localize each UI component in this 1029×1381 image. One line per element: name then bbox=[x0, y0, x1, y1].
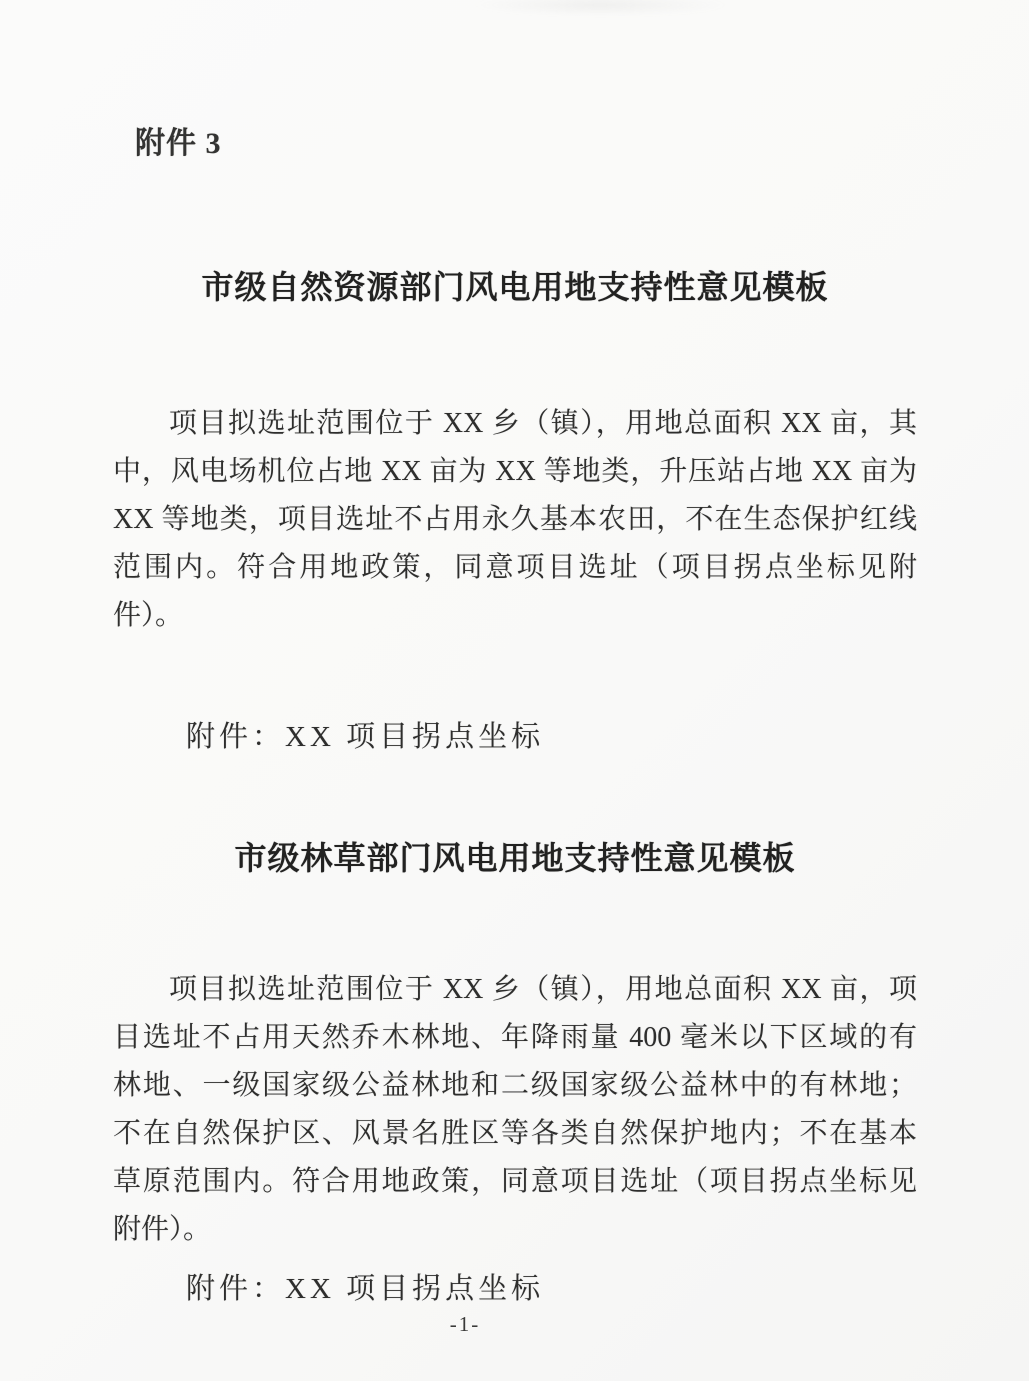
body-line: 中，风电场机位占地 XX 亩为 XX 等地类，升压站占地 XX 亩为 bbox=[113, 448, 917, 496]
attachment-note-forestry-grassland: 附件：XX 项目拐点坐标 bbox=[186, 1266, 544, 1307]
body-line: 不在自然保护区、风景名胜区等各类自然保护地内；不在基本 bbox=[113, 1110, 917, 1158]
body-line: 项目拟选址范围位于 XX 乡（镇），用地总面积 XX 亩，项 bbox=[113, 966, 917, 1014]
section-body-forestry-grassland: 项目拟选址范围位于 XX 乡（镇），用地总面积 XX 亩，项 目选址不占用天然乔… bbox=[113, 966, 917, 1254]
section-title-natural-resources: 市级自然资源部门风电用地支持性意见模板 bbox=[113, 262, 917, 308]
section-body-natural-resources: 项目拟选址范围位于 XX 乡（镇），用地总面积 XX 亩，其 中，风电场机位占地… bbox=[113, 400, 917, 640]
attachment-label: 附件 3 bbox=[135, 118, 222, 162]
body-line: XX 等地类，项目选址不占用永久基本农田，不在生态保护红线 bbox=[113, 496, 917, 544]
body-line: 范围内。符合用地政策，同意项目选址（项目拐点坐标见附 bbox=[113, 544, 917, 592]
body-line: 草原范围内。符合用地政策，同意项目选址（项目拐点坐标见 bbox=[113, 1158, 917, 1206]
body-line: 项目拟选址范围位于 XX 乡（镇），用地总面积 XX 亩，其 bbox=[113, 400, 917, 448]
body-line: 附件）。 bbox=[113, 1206, 917, 1254]
document-page: 附件 3 市级自然资源部门风电用地支持性意见模板 项目拟选址范围位于 XX 乡（… bbox=[0, 0, 1029, 1381]
attachment-note-natural-resources: 附件：XX 项目拐点坐标 bbox=[186, 714, 544, 755]
section-title-forestry-grassland: 市级林草部门风电用地支持性意见模板 bbox=[113, 833, 917, 879]
body-line: 件）。 bbox=[113, 592, 917, 640]
scan-artifact bbox=[470, 0, 730, 16]
page-number: -1- bbox=[113, 1312, 817, 1337]
body-line: 目选址不占用天然乔木林地、年降雨量 400 毫米以下区域的有 bbox=[113, 1014, 917, 1062]
body-line: 林地、一级国家级公益林地和二级国家级公益林中的有林地； bbox=[113, 1062, 917, 1110]
